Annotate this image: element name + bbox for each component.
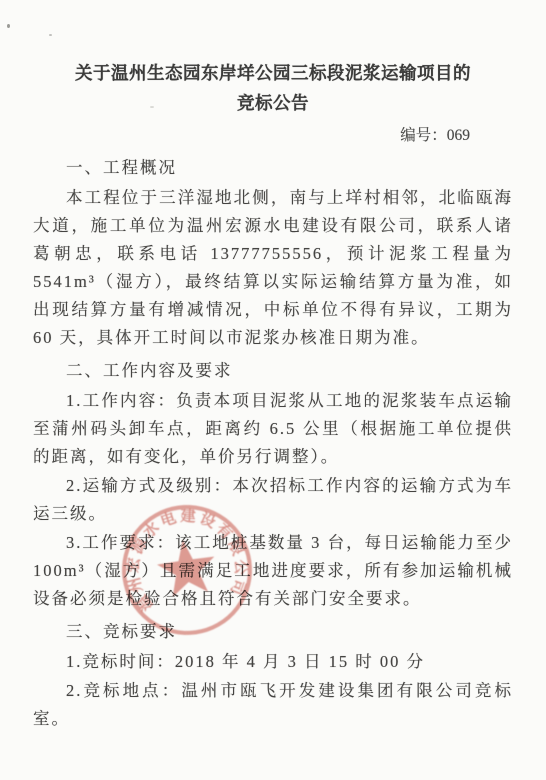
document-number-label: 编号： [400, 127, 447, 144]
scan-speck [7, 24, 10, 28]
document-title-line1: 关于温州生态园东岸垟公园三标段泥浆运输项目的 [33, 58, 513, 88]
section-heading: 一、工程概况 [33, 154, 513, 182]
scan-speck [150, 106, 154, 108]
document-body: 一、工程概况本工程位于三洋湿地北侧，南与上垟村相邻，北临瓯海大道，施工单位为温州… [33, 154, 513, 733]
body-paragraph: 3.工作要求：该工地桩基数量 3 台，每日运输能力至少100m³（湿方）且需满足… [33, 529, 513, 613]
document-number: 编号：069 [33, 123, 513, 149]
body-paragraph: 1.竞标时间：2018 年 4 月 3 日 15 时 00 分 [33, 648, 513, 676]
document-number-value: 069 [447, 127, 470, 144]
body-paragraph: 2.运输方式及级别：本次招标工作内容的运输方式为车运三级。 [33, 472, 513, 528]
document-page: 关于温州生态园东岸垟公园三标段泥浆运输项目的 竞标公告 编号：069 一、工程概… [0, 0, 546, 780]
body-paragraph: 2.竞标地点：温州市瓯飞开发建设集团有限公司竞标室。 [33, 677, 513, 733]
section-heading: 二、工作内容及要求 [33, 357, 513, 385]
body-paragraph: 本工程位于三洋湿地北侧，南与上垟村相邻，北临瓯海大道，施工单位为温州宏源水电建设… [33, 184, 513, 352]
body-paragraph: 1.工作内容：负责本项目泥浆从工地的泥浆装车点运输至蒲州码头卸车点，距离约 6.… [33, 387, 513, 471]
scan-speck [49, 34, 52, 36]
section-heading: 三、竞标要求 [33, 618, 513, 646]
document-title-line2: 竞标公告 [33, 88, 513, 118]
